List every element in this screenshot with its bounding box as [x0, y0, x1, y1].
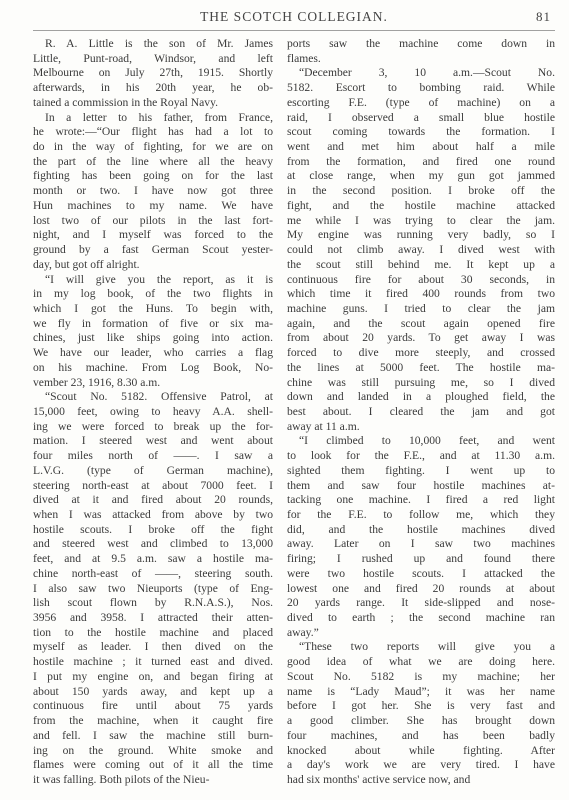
text-line: machine guns. I tried to clear the jam [287, 302, 555, 317]
text-line: hostile machine ; it turned east and div… [33, 655, 273, 670]
text-line: down and landed in a ploughed field, the [287, 390, 555, 405]
text-line: “Scout No. 5182. Offensive Patrol, at [33, 390, 273, 405]
text-line: and steered west and climbed to 13,000 [33, 537, 273, 552]
text-line: We have our leader, who carries a flag [33, 346, 273, 361]
right-column: ports saw the machine come down inflames… [287, 37, 555, 788]
text-line: day, but got off alright. [33, 258, 273, 273]
text-line: fight, and the hostile machine attacked [287, 199, 555, 214]
text-line: a good climber. She has brought down [287, 714, 555, 729]
text-line: were two hostile scouts. I attacked the [287, 567, 555, 582]
paragraph: “December 3, 10 a.m.—Scout No.5182. Esco… [287, 66, 555, 434]
text-line: I put my engine on, and began firing at [33, 670, 273, 685]
text-line: in the second position. I broke off the [287, 184, 555, 199]
text-line: dived at it and fired about 20 rounds, [33, 493, 273, 508]
text-line: we fly in formation of five or six ma- [33, 317, 273, 332]
text-line: Hun machines to my name. We have [33, 199, 273, 214]
text-line: myself as leader. I then dived on the [33, 640, 273, 655]
text-line: them and saw four hostile machines at- [287, 479, 555, 494]
text-line: again, and the scout again opened fire [287, 317, 555, 332]
text-line: when I was attacked from above by two [33, 508, 273, 523]
text-line: dived to earth ; the second machine ran [287, 611, 555, 626]
text-line: could not climb away. I dived west with [287, 243, 555, 258]
text-line: had six months' active service now, and [287, 773, 555, 788]
text-line: “These two reports will give you a [287, 640, 555, 655]
text-line: went and met him about half a mile [287, 140, 555, 155]
text-line: knocked about while fighting. After [287, 744, 555, 759]
text-line: did, and the hostile machines dived [287, 523, 555, 538]
text-line: 15,000 feet, owing to heavy A.A. shell- [33, 405, 273, 420]
text-line: lost two of our pilots in the last fort- [33, 214, 273, 229]
header-rule [33, 30, 555, 31]
text-line: chine was still pursuing me, so I dived [287, 376, 555, 391]
paragraph: R. A. Little is the son of Mr. JamesLitt… [33, 37, 273, 111]
text-line: hostile scouts. I broke off the fight [33, 523, 273, 538]
running-header: THE SCOTCH COLLEGIAN. 81 [33, 6, 555, 28]
text-line: 5182. Escort to bombing raid. While [287, 81, 555, 96]
text-line: ing we were forced to break up the for- [33, 420, 273, 435]
text-line: R. A. Little is the son of Mr. James [33, 37, 273, 52]
text-line: Little, Punt-road, Windsor, and left [33, 52, 273, 67]
text-line: chines, just like ships going into actio… [33, 331, 273, 346]
paragraph: ports saw the machine come down inflames… [287, 37, 555, 66]
text-line: about 150 yards away, and kept up a [33, 685, 273, 700]
text-line: vember 23, 1916, 8.30 a.m. [33, 376, 273, 391]
text-line: the lines at 5000 feet. The hostile ma- [287, 361, 555, 376]
text-line: raid, I observed a small blue hostile [287, 111, 555, 126]
paragraph: “I will give you the report, as it isin … [33, 273, 273, 391]
text-line: do in the way of fighting, for we are on [33, 140, 273, 155]
text-line: month or two. I have now got three [33, 184, 273, 199]
text-line: tained a commission in the Royal Navy. [33, 96, 273, 111]
text-line: and fell. I saw the machine still burn- [33, 729, 273, 744]
text-line: L.V.G. (type of German machine), [33, 464, 273, 479]
text-line: “December 3, 10 a.m.—Scout No. [287, 66, 555, 81]
text-line: flames were coming out of it all the tim… [33, 758, 273, 773]
text-line: afterwards, in his 20th year, he ob- [33, 81, 273, 96]
text-line: ing on the ground. White smoke and [33, 744, 273, 759]
text-line: scout coming towards the formation. I [287, 125, 555, 140]
text-line: which time it fired 400 rounds from two [287, 287, 555, 302]
text-line: good idea of what we are doing here. [287, 655, 555, 670]
text-line: My engine was running very badly, so I [287, 228, 555, 243]
text-line: the scout still behind me. It kept up a [287, 258, 555, 273]
text-line: ground by a fast German Scout yester- [33, 243, 273, 258]
text-line: feet, and at 9.5 a.m. saw a hostile ma- [33, 552, 273, 567]
text-line: flames. [287, 52, 555, 67]
paragraph: In a letter to his father, from France,h… [33, 111, 273, 273]
text-line: tion to the hostile machine and placed [33, 626, 273, 641]
paragraph: “These two reports will give you agood i… [287, 640, 555, 787]
text-line: forced to dive more steeply, and crossed [287, 346, 555, 361]
text-line: chine north-east of ——, steering south. [33, 567, 273, 582]
text-line: at close range, when my gun got jammed [287, 169, 555, 184]
text-line: from the formation, and fired one round [287, 155, 555, 170]
text-line: 20 yards range. It side-slipped and nose… [287, 596, 555, 611]
text-line: escorting F.E. (type of machine) on a [287, 96, 555, 111]
text-line: the part of the line where all the heavy [33, 155, 273, 170]
text-line: for the F.E. to follow me, which they [287, 508, 555, 523]
text-line: name is “Lady Maud”; it was her name [287, 685, 555, 700]
text-line: “I will give you the report, as it is [33, 273, 273, 288]
text-line: mation. I steered west and went about [33, 434, 273, 449]
text-line: sighted them fighting. I went up to [287, 464, 555, 479]
text-line: continuous fire for about 30 seconds, in [287, 273, 555, 288]
text-line: before I got her. She is very fast and [287, 699, 555, 714]
text-line: lowest one and fired 20 rounds at about [287, 582, 555, 597]
text-line: Melbourne on July 27th, 1915. Shortly [33, 66, 273, 81]
text-line: steering north-east at about 7000 feet. … [33, 479, 273, 494]
text-line: to look for the F.E., and at 11.30 a.m. [287, 449, 555, 464]
text-line: “I climbed to 10,000 feet, and went [287, 434, 555, 449]
text-line: best about. I cleared the jam and got [287, 405, 555, 420]
text-line: lish scout flown by R.N.A.S.), Nos. [33, 596, 273, 611]
text-line: away.” [287, 626, 555, 641]
text-line: which I got the Huns. To begin with, [33, 302, 273, 317]
text-line: away. Later on I saw two machines [287, 537, 555, 552]
text-line: Scout No. 5182 is my machine; her [287, 670, 555, 685]
text-line: from about 20 yards. To get away I was [287, 331, 555, 346]
text-line: away at 11 a.m. [287, 420, 555, 435]
text-line: ports saw the machine come down in [287, 37, 555, 52]
text-line: from the machine, when it caught fire [33, 714, 273, 729]
text-line: on his machine. From Log Book, No- [33, 361, 273, 376]
text-line: I also saw two Nieuports (type of Eng- [33, 582, 273, 597]
text-line: night, and I myself was forced to the [33, 228, 273, 243]
left-column: R. A. Little is the son of Mr. JamesLitt… [33, 37, 273, 788]
text-line: a day's work we are very tired. I have [287, 758, 555, 773]
text-line: 3956 and 3958. I attracted their atten- [33, 611, 273, 626]
text-line: four miles north of ——. I saw a [33, 449, 273, 464]
text-line: tacking one machine. I fired a red light [287, 493, 555, 508]
text-line: In a letter to his father, from France, [33, 111, 273, 126]
document-page: THE SCOTCH COLLEGIAN. 81 R. A. Little is… [0, 0, 569, 800]
text-line: four machines, and has been badly [287, 729, 555, 744]
text-line: it was falling. Both pilots of the Nieu- [33, 773, 273, 788]
page-number: 81 [536, 9, 551, 25]
text-line: in my log book, of the two flights in [33, 287, 273, 302]
publication-title: THE SCOTCH COLLEGIAN. [33, 9, 555, 25]
text-line: fighting has been going on for the last [33, 169, 273, 184]
paragraph: “Scout No. 5182. Offensive Patrol, at15,… [33, 390, 273, 787]
text-line: continuous fire until about 75 yards [33, 699, 273, 714]
text-line: me while I was trying to clear the jam. [287, 214, 555, 229]
paragraph: “I climbed to 10,000 feet, and wentto lo… [287, 434, 555, 640]
text-line: firing; I rushed up and found there [287, 552, 555, 567]
text-line: he wrote:—“Our flight has had a lot to [33, 125, 273, 140]
